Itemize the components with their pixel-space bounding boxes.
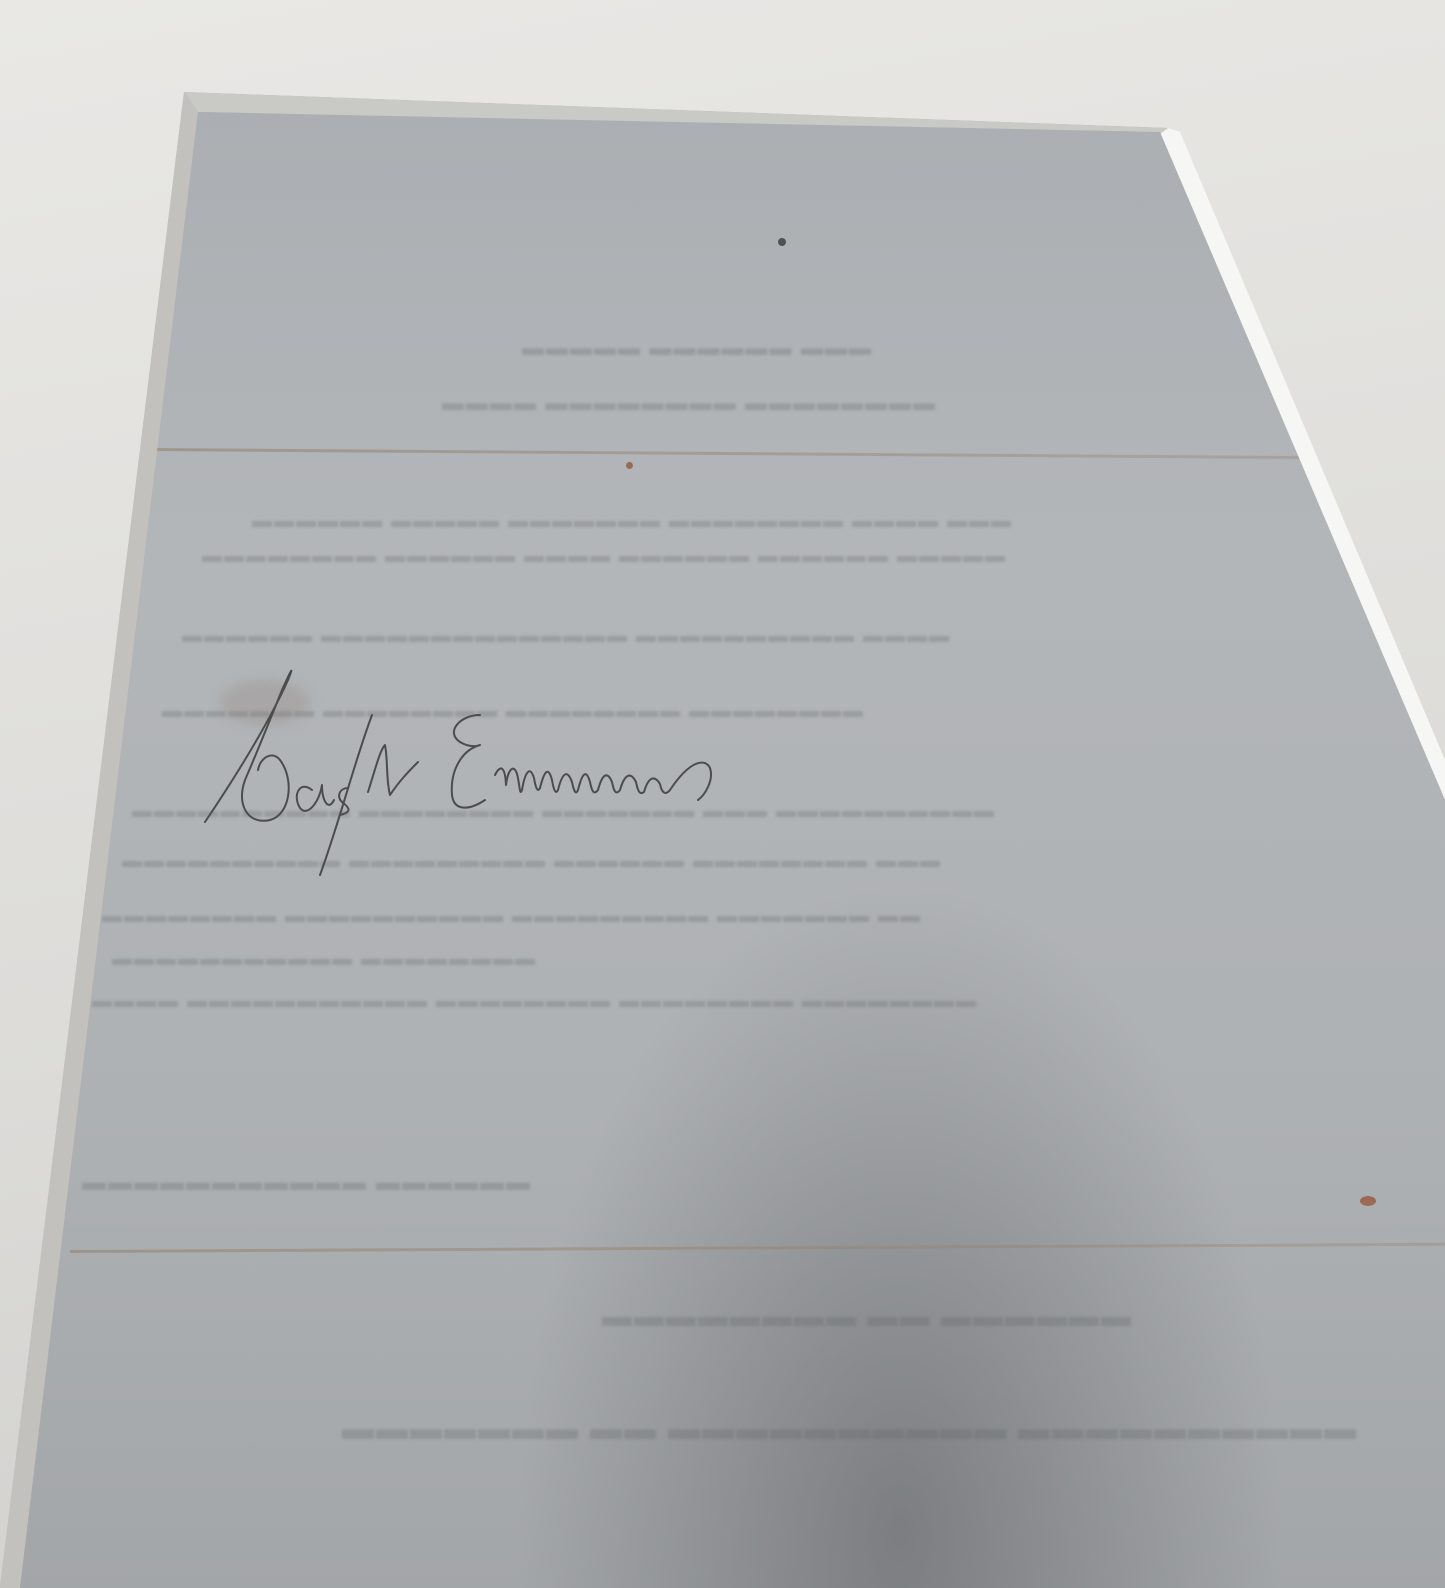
bleed-through-text: ▬▬▬▬▬▬▬▬▬▬ ▬▬▬▬▬▬▬▬▬▬ ▬▬ ▬▬▬▬▬▬▬: [340, 1410, 1356, 1447]
bleed-through-text: ▬▬▬▬▬▬▬▬ ▬▬▬▬▬▬▬▬ ▬▬▬▬▬▬▬▬ ▬▬▬▬▬▬▬▬▬▬▬ ▬…: [90, 990, 976, 1013]
ink-spot: [778, 238, 786, 246]
bleed-through-text: ▬▬▬▬ ▬▬▬▬▬▬▬▬▬▬ ▬▬▬▬▬▬▬▬▬▬▬▬▬▬ ▬▬▬▬▬▬: [180, 625, 949, 648]
bleed-through-text: ▬▬▬ ▬▬▬▬▬▬ ▬▬▬▬▬: [520, 335, 871, 361]
rust-spot: [626, 462, 633, 469]
bleed-through-text: ▬▬▬ ▬▬▬▬ ▬▬▬▬▬▬▬▬ ▬▬▬▬▬▬▬ ▬▬▬▬▬ ▬▬▬▬▬▬: [250, 510, 1011, 533]
fold-line: [150, 448, 1300, 459]
handwritten-signature: Capt Emmons: [200, 650, 1050, 880]
fold-line: [70, 1243, 1445, 1253]
bleed-through-text: ▬▬▬▬▬▬▬▬ ▬▬▬▬▬▬▬▬▬▬▬: [110, 948, 535, 971]
bleed-through-text: ▬▬▬▬▬▬ ▬▬ ▬▬▬▬▬▬▬▬: [600, 1300, 1131, 1334]
rust-spot: [1360, 1196, 1376, 1206]
bleed-through-text: ▬▬▬▬▬▬ ▬▬▬▬▬▬▬▬▬▬▬: [80, 1170, 530, 1197]
bleed-through-text: ▬▬ ▬▬▬▬▬▬▬ ▬▬▬▬▬▬▬▬▬ ▬▬▬▬▬▬▬▬▬▬ ▬▬▬▬▬▬▬▬: [100, 905, 920, 928]
bleed-through-text: ▬▬▬▬▬ ▬▬▬▬▬▬ ▬▬▬▬▬▬ ▬▬▬▬ ▬▬▬▬▬▬ ▬▬▬▬▬▬▬▬: [200, 545, 1005, 568]
bleed-through-text: ▬▬▬▬▬▬▬▬ ▬▬▬▬▬▬▬▬ ▬▬▬▬: [440, 390, 935, 416]
